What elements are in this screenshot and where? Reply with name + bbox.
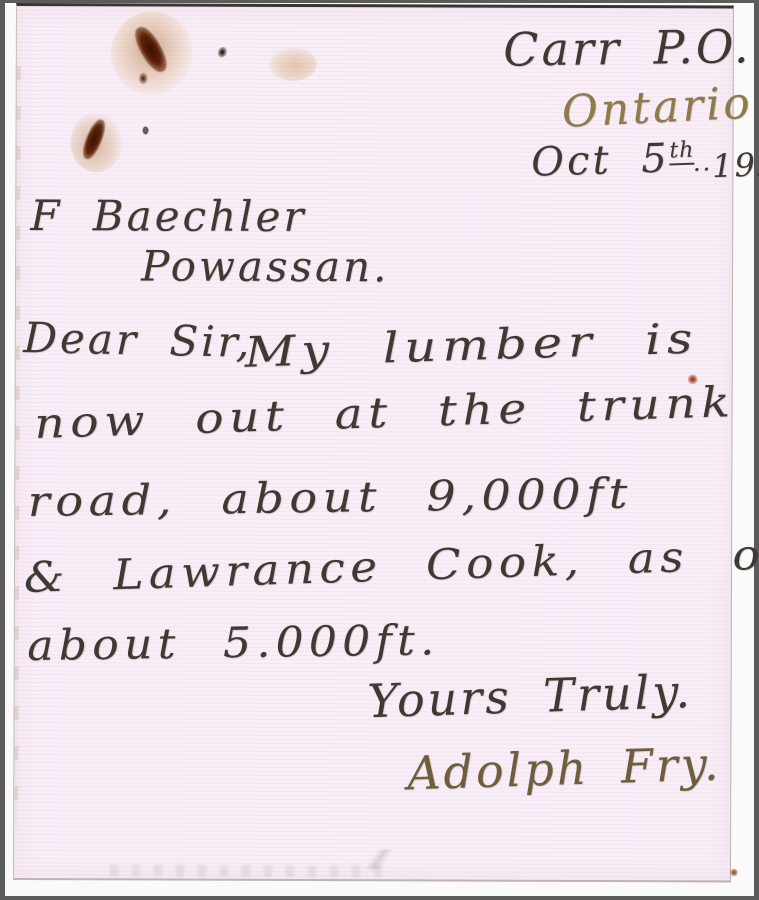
faint-pencil-marks <box>344 849 414 869</box>
ink-stain-blot <box>130 23 172 76</box>
ink-speck <box>143 126 149 134</box>
heading-place-line: Carr P.O. <box>503 20 752 76</box>
heading-province-line: Ontario <box>561 79 754 139</box>
date-dots: .. <box>692 149 712 177</box>
ink-stain-halo <box>111 11 193 95</box>
salutation-line: Dear Sir, <box>23 314 253 367</box>
date-year: 1926. <box>712 145 759 185</box>
body-line-4: & Lawrance Cook, as out <box>23 529 759 602</box>
body-line-1: My lumber is <box>244 315 699 378</box>
body-line-2: now out at the trunk <box>34 378 736 448</box>
paper-edge-wear <box>14 66 21 826</box>
letter-paper: Carr P.O. Ontario Oct 5th..1926. F Baech… <box>13 3 734 883</box>
ink-speck <box>216 46 228 59</box>
foxing-smudge <box>269 47 317 81</box>
heading-date-line: Oct 5th..1926. <box>531 131 759 186</box>
signature-line: Adolph Fry. <box>406 737 722 800</box>
recipient-town-line: Powassan. <box>141 242 390 291</box>
closing-line: Yours Truly. <box>367 665 694 728</box>
ink-stain-blot <box>79 117 109 162</box>
ink-stain-drip <box>139 72 148 84</box>
date-ordinal-superscript: th <box>669 137 695 165</box>
body-line-5: about 5.000ft. <box>27 616 440 670</box>
date-day: Oct 5 <box>531 135 671 185</box>
faint-pencil-marks <box>110 864 390 877</box>
recipient-name-line: F Baechler <box>30 192 306 241</box>
body-line-3: road, about 9,000ft <box>27 470 633 527</box>
scanned-letter: Carr P.O. Ontario Oct 5th..1926. F Baech… <box>0 0 759 900</box>
ink-stain-halo <box>70 112 122 172</box>
